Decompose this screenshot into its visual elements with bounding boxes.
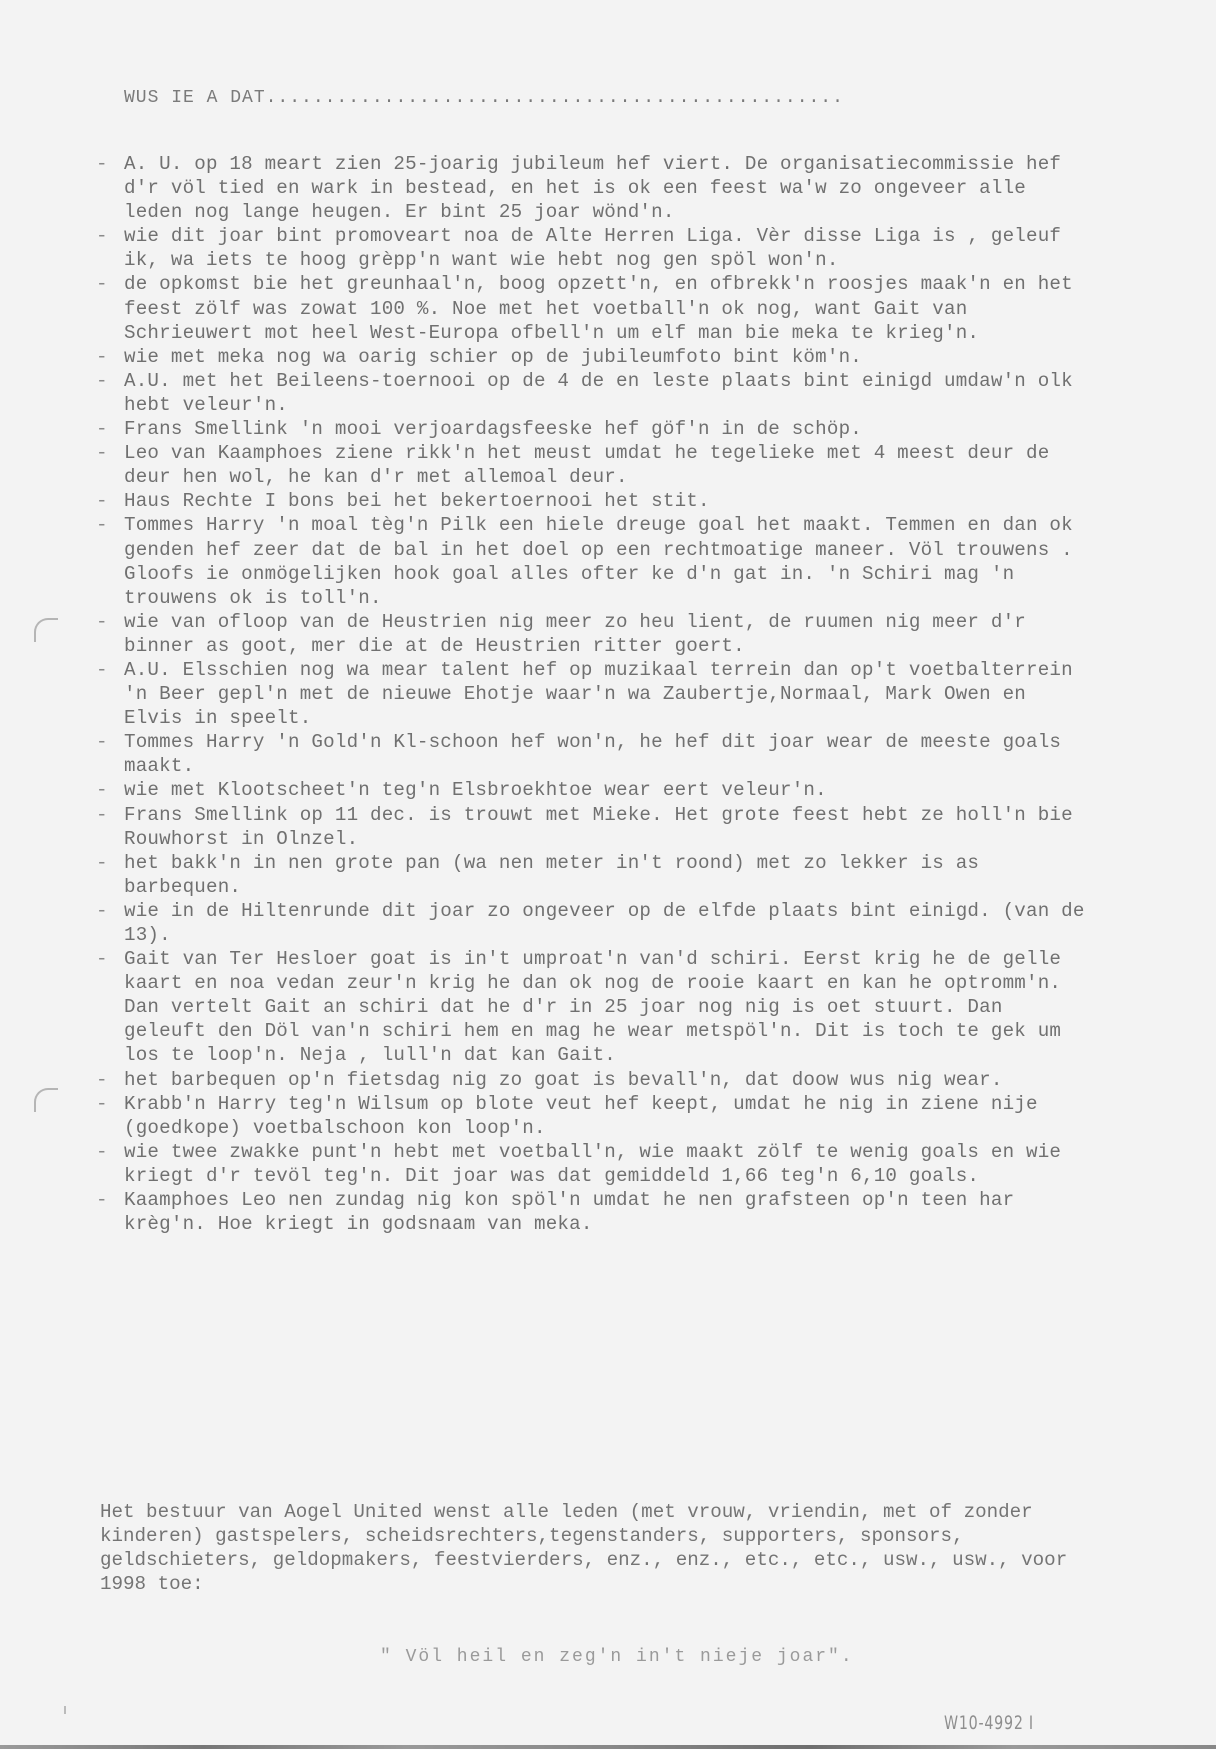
- new-year-motto: " Völ heil en zeg'n in't nieje joar".: [380, 1647, 854, 1667]
- bullet-dash: -: [96, 489, 108, 513]
- list-item-text: Krabb'n Harry teg'n Wilsum op blote veut…: [124, 1093, 1049, 1139]
- list-item: -de opkomst bie het greunhaal'n, boog op…: [96, 272, 1086, 344]
- scan-speck: [64, 1706, 66, 1714]
- list-item: -A.U. met het Beileens-toernooi op de 4 …: [96, 369, 1086, 417]
- bullet-dash: -: [96, 899, 108, 923]
- bullet-dash: -: [96, 417, 108, 441]
- list-item: -Haus Rechte I bons bei het bekertoernoo…: [96, 489, 1086, 513]
- archive-code: W10-4992 I: [944, 1712, 1034, 1734]
- list-item: -wie met meka nog wa oarig schier op de …: [96, 345, 1086, 369]
- list-item: -A. U. op 18 meart zien 25-joarig jubile…: [96, 152, 1086, 224]
- list-item: -Frans Smellink op 11 dec. is trouwt met…: [96, 803, 1086, 851]
- bullet-dash: -: [96, 1092, 108, 1116]
- bullet-dash: -: [96, 152, 108, 176]
- list-item: -Leo van Kaamphoes ziene rikk'n het meus…: [96, 441, 1086, 489]
- bullet-dash: -: [96, 1188, 108, 1212]
- bullet-dash: -: [96, 947, 108, 971]
- list-item: -Tommes Harry 'n moal tèg'n Pilk een hie…: [96, 513, 1086, 609]
- bullet-dash: -: [96, 1068, 108, 1092]
- list-item-text: wie van ofloop van de Heustrien nig meer…: [124, 611, 1038, 657]
- bullet-dash: -: [96, 224, 108, 248]
- bullet-dash: -: [96, 658, 108, 682]
- list-item: -wie twee zwakke punt'n hebt met voetbal…: [96, 1140, 1086, 1188]
- bullet-dash: -: [96, 369, 108, 393]
- list-item: -wie met Klootscheet'n teg'n Elsbroekhto…: [96, 778, 1086, 802]
- anecdote-list: -A. U. op 18 meart zien 25-joarig jubile…: [96, 152, 1086, 1236]
- list-item: -Frans Smellink 'n mooi verjoardagsfeesk…: [96, 417, 1086, 441]
- bullet-dash: -: [96, 851, 108, 875]
- list-item-text: wie dit joar bint promoveart noa de Alte…: [124, 225, 1073, 271]
- list-item-text: wie met Klootscheet'n teg'n Elsbroekhtoe…: [124, 779, 827, 801]
- bullet-dash: -: [96, 513, 108, 537]
- list-item-text: Haus Rechte I bons bei het bekertoernooi…: [124, 490, 710, 512]
- list-item-text: A. U. op 18 meart zien 25-joarig jubileu…: [124, 153, 1073, 223]
- bullet-dash: -: [96, 803, 108, 827]
- list-item-text: A.U. met het Beileens-toernooi op de 4 d…: [124, 370, 1085, 416]
- bullet-dash: -: [96, 1140, 108, 1164]
- bullet-dash: -: [96, 778, 108, 802]
- scan-bottom-edge: [0, 1745, 1216, 1749]
- punch-hole-mark: [34, 1088, 58, 1112]
- list-item-text: Kaamphoes Leo nen zundag nig kon spöl'n …: [124, 1189, 1026, 1235]
- document-title: WUS IE A DAT............................…: [124, 88, 844, 108]
- list-item-text: het bakk'n in nen grote pan (wa nen mete…: [124, 852, 991, 898]
- bullet-dash: -: [96, 441, 108, 465]
- list-item: -Gait van Ter Hesloer goat is in't umpro…: [96, 947, 1086, 1067]
- list-item: -Tommes Harry 'n Gold'n Kl-schoon hef wo…: [96, 730, 1086, 778]
- list-item-text: de opkomst bie het greunhaal'n, boog opz…: [124, 273, 1085, 343]
- list-item: -Krabb'n Harry teg'n Wilsum op blote veu…: [96, 1092, 1086, 1140]
- list-item-text: wie in de Hiltenrunde dit joar zo ongeve…: [124, 900, 1096, 946]
- list-item: -het bakk'n in nen grote pan (wa nen met…: [96, 851, 1086, 899]
- list-item: -wie in de Hiltenrunde dit joar zo ongev…: [96, 899, 1086, 947]
- list-item: -het barbequen op'n fietsdag nig zo goat…: [96, 1068, 1086, 1092]
- list-item: -A.U. Elsschien nog wa mear talent hef o…: [96, 658, 1086, 730]
- bullet-dash: -: [96, 730, 108, 754]
- bullet-dash: -: [96, 345, 108, 369]
- list-item: -wie van ofloop van de Heustrien nig mee…: [96, 610, 1086, 658]
- list-item-text: Leo van Kaamphoes ziene rikk'n het meust…: [124, 442, 1061, 488]
- punch-hole-mark: [34, 618, 58, 642]
- list-item-text: wie twee zwakke punt'n hebt met voetball…: [124, 1141, 1073, 1187]
- list-item-text: Frans Smellink 'n mooi verjoardagsfeeske…: [124, 418, 862, 440]
- bullet-dash: -: [96, 272, 108, 296]
- closing-paragraph: Het bestuur van Aogel United wenst alle …: [100, 1500, 1120, 1596]
- document-page: WUS IE A DAT............................…: [0, 0, 1216, 1749]
- list-item: -wie dit joar bint promoveart noa de Alt…: [96, 224, 1086, 272]
- bullet-dash: -: [96, 610, 108, 634]
- list-item-text: het barbequen op'n fietsdag nig zo goat …: [124, 1069, 1003, 1091]
- list-item-text: Frans Smellink op 11 dec. is trouwt met …: [124, 804, 1085, 850]
- list-item-text: Tommes Harry 'n Gold'n Kl-schoon hef won…: [124, 731, 1073, 777]
- list-item-text: Gait van Ter Hesloer goat is in't umproa…: [124, 948, 1073, 1066]
- list-item-text: Tommes Harry 'n moal tèg'n Pilk een hiel…: [124, 514, 1085, 608]
- list-item-text: wie met meka nog wa oarig schier op de j…: [124, 346, 862, 368]
- list-item: -Kaamphoes Leo nen zundag nig kon spöl'n…: [96, 1188, 1086, 1236]
- list-item-text: A.U. Elsschien nog wa mear talent hef op…: [124, 659, 1085, 729]
